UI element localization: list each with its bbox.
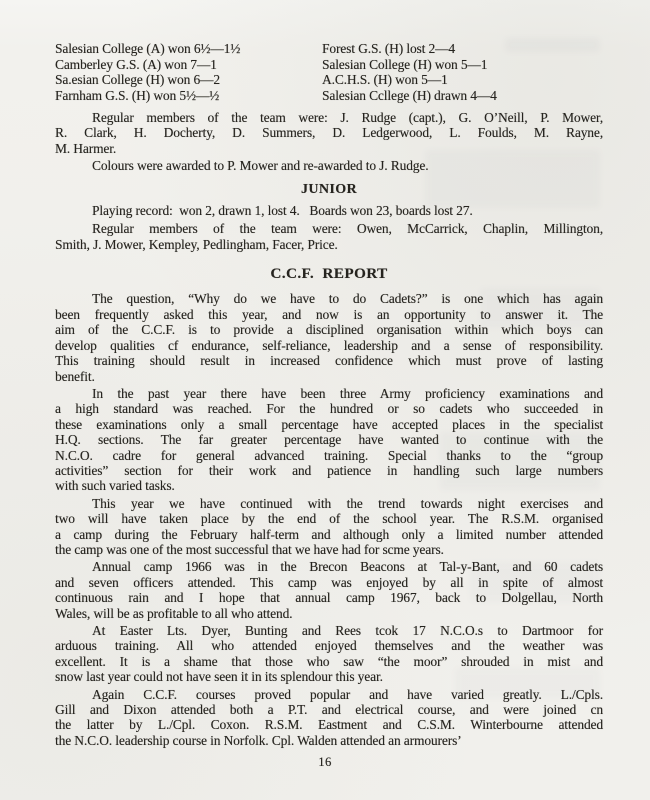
junior-section-heading: JUNIOR xyxy=(55,182,603,197)
ccf-paragraph-6: Again C.C.F. courses proved popular and … xyxy=(55,687,603,749)
text-line: and seven officers attended. This camp w… xyxy=(55,575,603,590)
junior-playing-record-line: Playing record: won 2, drawn 1, lost 4. … xyxy=(55,203,603,218)
text-line: Camberley G.S. (A) won 7—1 xyxy=(55,57,322,73)
match-results-left-column: Salesian College (A) won 6½—1½Camberley … xyxy=(55,41,322,104)
text-line: Sa.esian College (H) won 6—2 xyxy=(55,72,322,88)
text-line: R. Clark, H. Docherty, D. Summers, D. Le… xyxy=(55,125,603,140)
text-line: benefit. xyxy=(55,369,603,384)
ccf-paragraph-4: Annual camp 1966 was in the Brecon Beaco… xyxy=(55,559,603,621)
colours-awarded-line: Colours were awarded to P. Mower and re-… xyxy=(55,158,603,173)
text-line: M. Harmer. xyxy=(55,141,603,156)
text-line: aim of the C.C.F. is to provide a discip… xyxy=(55,322,603,337)
text-line: Regular members of the team were: Owen, … xyxy=(55,221,603,236)
text-line: Smith, J. Mower, Kempley, Pedlingham, Fa… xyxy=(55,237,603,252)
page-number: 16 xyxy=(0,755,650,770)
text-line: Regular members of the team were: J. Rud… xyxy=(55,110,603,125)
text-line: a high standard was reached. For the hun… xyxy=(55,401,603,416)
text-line: Salesian College (H) won 5—1 xyxy=(322,57,603,73)
match-results-right-column: Forest G.S. (H) lost 2—4Salesian College… xyxy=(322,41,603,104)
ccf-paragraph-5: At Easter Lts. Dyer, Bunting and Rees tc… xyxy=(55,623,603,685)
text-line: This training should result in increased… xyxy=(55,353,603,368)
text-line: snow last year could not have seen it in… xyxy=(55,669,603,684)
ccf-paragraph-2: In the past year there have been three A… xyxy=(55,386,603,494)
ccf-report-heading: C.C.F. REPORT xyxy=(55,266,603,281)
senior-team-members-paragraph: Regular members of the team were: J. Rud… xyxy=(55,110,603,156)
text-line: activities” section for their work and p… xyxy=(55,463,603,478)
text-line: develop qualities cf endurance, self-rel… xyxy=(55,338,603,353)
text-line: Salesian College (A) won 6½—1½ xyxy=(55,41,322,57)
text-line: these examinations only a small percenta… xyxy=(55,417,603,432)
text-line: a camp during the February half-term and… xyxy=(55,527,603,542)
senior-match-results: Salesian College (A) won 6½—1½Camberley … xyxy=(55,41,603,104)
text-line: Wales, will be as profitable to all who … xyxy=(55,606,603,621)
text-line: excellent. It is a shame that those who … xyxy=(55,654,603,669)
text-line: At Easter Lts. Dyer, Bunting and Rees tc… xyxy=(55,623,603,638)
text-line: In the past year there have been three A… xyxy=(55,386,603,401)
text-line: The question, “Why do we have to do Cade… xyxy=(55,291,603,306)
text-line: been frequently asked this year, and now… xyxy=(55,307,603,322)
text-line: the N.C.O. leadership course in Norfolk.… xyxy=(55,733,603,748)
page-content: Salesian College (A) won 6½—1½Camberley … xyxy=(55,41,603,748)
text-line: continuous rain and I hope that annual c… xyxy=(55,590,603,605)
junior-team-members-paragraph: Regular members of the team were: Owen, … xyxy=(55,221,603,252)
text-line: Again C.C.F. courses proved popular and … xyxy=(55,687,603,702)
text-line: Salesian Ccllege (H) drawn 4—4 xyxy=(322,88,603,104)
text-line: the camp was one of the most successful … xyxy=(55,542,603,557)
text-line: N.C.O. cadre for general advanced traini… xyxy=(55,448,603,463)
text-line: A.C.H.S. (H) won 5—1 xyxy=(322,72,603,88)
text-line: the latter by L./Cpl. Coxon. R.S.M. East… xyxy=(55,717,603,732)
text-line: Annual camp 1966 was in the Brecon Beaco… xyxy=(55,559,603,574)
text-line: H.Q. sections. The far greater percentag… xyxy=(55,432,603,447)
text-line: Forest G.S. (H) lost 2—4 xyxy=(322,41,603,57)
ccf-paragraph-1: The question, “Why do we have to do Cade… xyxy=(55,291,603,383)
ccf-paragraph-3: This year we have continued with the tre… xyxy=(55,496,603,558)
text-line: Gill and Dixon attended both a P.T. and … xyxy=(55,702,603,717)
scanned-magazine-page: Salesian College (A) won 6½—1½Camberley … xyxy=(0,0,650,800)
text-line: Farnham G.S. (H) won 5½—½ xyxy=(55,88,322,104)
text-line: with such varied tasks. xyxy=(55,478,603,493)
text-line: arduous training. All who attended enjoy… xyxy=(55,638,603,653)
text-line: two will have taken place by the end of … xyxy=(55,511,603,526)
text-line: This year we have continued with the tre… xyxy=(55,496,603,511)
